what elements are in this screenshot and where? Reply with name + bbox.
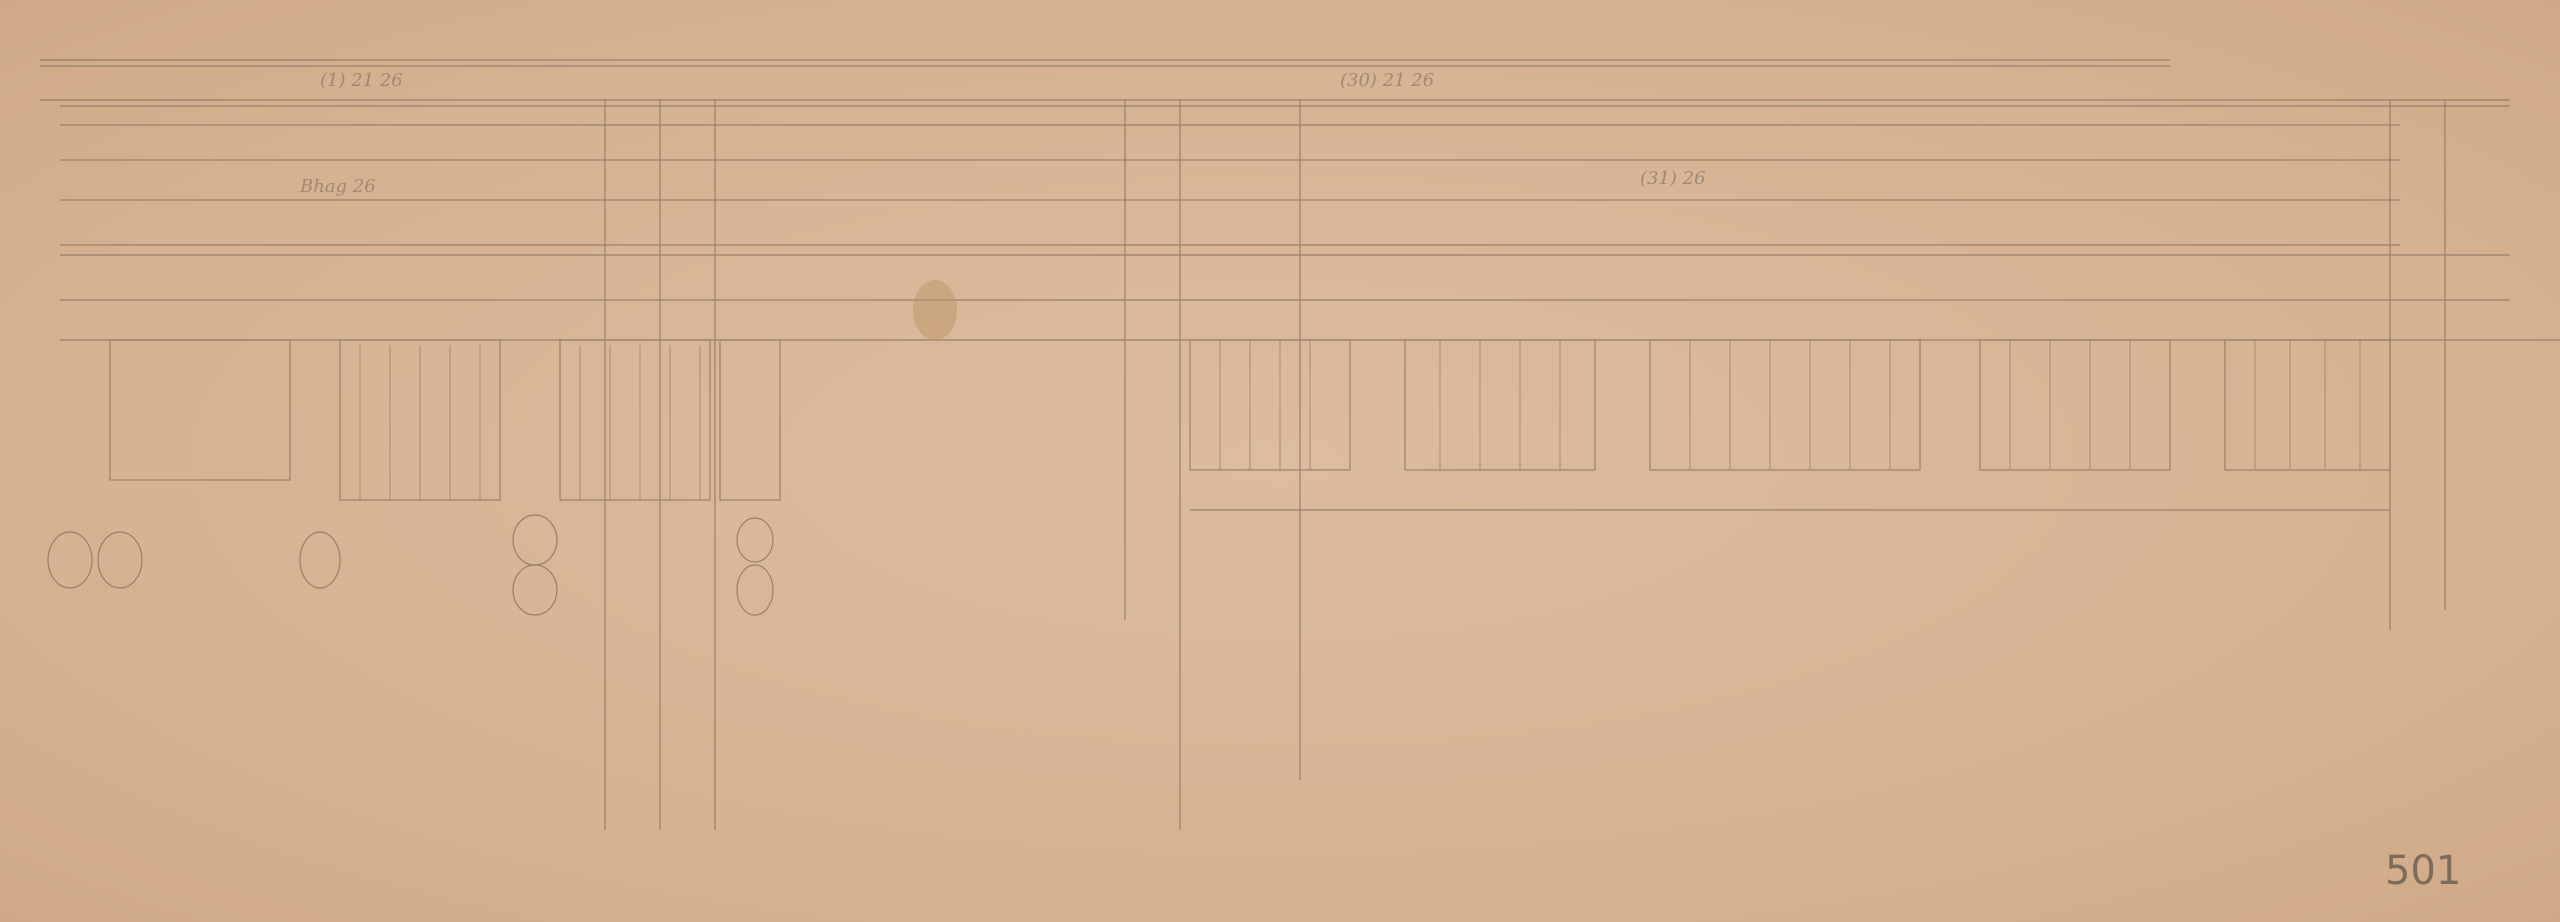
architectural-elevation-drawing <box>0 0 2560 922</box>
wall-note: Bhag 26 <box>300 176 376 197</box>
top-note-center: (30) 21 26 <box>1340 70 1434 91</box>
band-note: (31) 26 <box>1640 168 1706 189</box>
drawing-sheet: (1) 21 26 (30) 21 26 (31) 26 Bhag 26 501 <box>0 0 2560 922</box>
top-note-left: (1) 21 26 <box>320 70 403 91</box>
page-number: 501 <box>2385 848 2461 894</box>
